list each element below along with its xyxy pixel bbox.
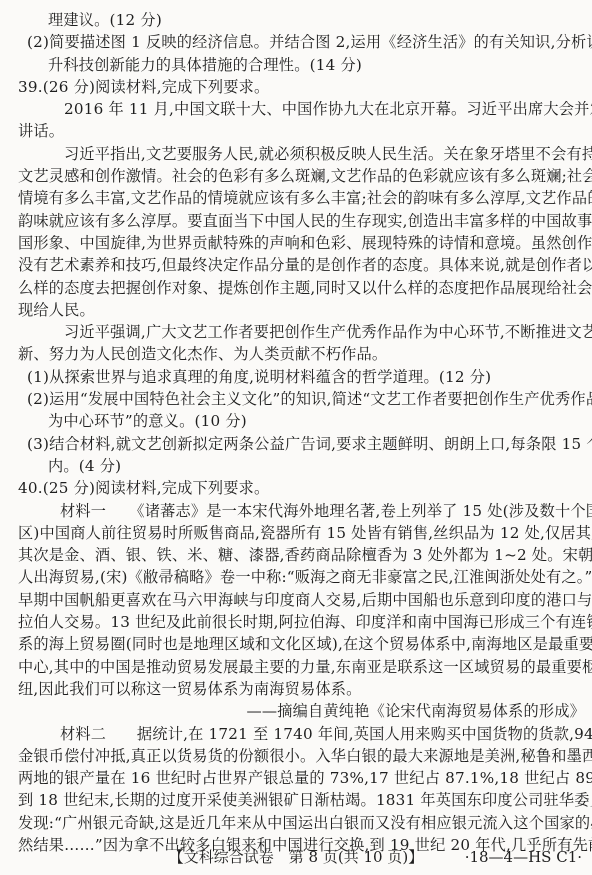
text-line: 中心,其中的中国是推动贸易发展最主要的力量,东南亚是联系这一区域贸易的最重要枢 <box>18 656 592 678</box>
text-line: (2)简要描述图 1 反映的经济信息。并结合图 2,运用《经济生活》的有关知识,… <box>27 31 592 53</box>
text-line: 39.(26 分)阅读材料,完成下列要求。 <box>18 76 592 98</box>
text-line: ——摘编自黄纯艳《论宋代南海贸易体系的形成》 <box>18 700 592 722</box>
page-footer: 【文科综合试卷 第 8 页(共 10 页)】 ·18—4—HS C1· <box>0 846 592 868</box>
text-line: 材料二 据统计,在 1721 至 1740 年间,英国人用来购买中国货物的货款,… <box>60 723 592 745</box>
text-line: 新、努力为人民创造文化杰作、为人类贡献不朽作品。 <box>18 343 592 365</box>
text-line: 纽,因此我们可以称这一贸易体系为南海贸易体系。 <box>18 678 592 700</box>
text-line: 40.(25 分)阅读材料,完成下列要求。 <box>18 477 592 499</box>
exam-text-block: 理建议。(12 分)(2)简要描述图 1 反映的经济信息。并结合图 2,运用《经… <box>0 9 592 856</box>
text-line: 习近平强调,广大文艺工作者要把创作生产优秀作品作为中心环节,不断推进文艺创 <box>64 321 592 343</box>
text-line: 讲话。 <box>18 120 592 142</box>
text-line: 文艺灵感和创作激情。社会的色彩有多么斑斓,文艺作品的色彩就应该有多么斑斓;社会的 <box>18 165 592 187</box>
text-line: 升科技创新能力的具体措施的合理性。(14 分) <box>48 54 592 76</box>
text-line: 区)中国商人前往贸易时所贩售商品,瓷器所有 15 处皆有销售,丝织品为 12 处… <box>18 522 592 544</box>
text-line: 情境有多么丰富,文艺作品的情境就应该有多么丰富;社会的韵味有多么淳厚,文艺作品的 <box>18 187 592 209</box>
text-line: 系的海上贸易圈(同时也是地理区域和文化区域),在这个贸易体系中,南海地区是最重要… <box>18 633 592 655</box>
text-line: 其次是金、酒、银、铁、米、糖、漆器,香药商品除檀香为 3 处外都为 1~2 处。… <box>18 544 592 566</box>
text-line: 金银币偿付冲抵,真正以货易货的份额很小。入华白银的最大来源地是美洲,秘鲁和墨西哥 <box>18 745 592 767</box>
text-line: (3)结合材料,就文艺创新拟定两条公益广告词,要求主题鲜明、朗朗上口,每条限 1… <box>27 433 592 455</box>
text-line: 习近平指出,文艺要服务人民,就必须积极反映人民生活。关在象牙塔里不会有持久的 <box>64 143 592 165</box>
text-line: (2)运用“发展中国特色社会主义文化”的知识,简述“文艺工作者要把创作生产优秀作… <box>27 388 592 410</box>
text-line: 两地的银产量在 16 世纪时占世界产银总量的 73%,17 世纪占 87.1%,… <box>18 767 592 789</box>
text-line: 内。(4 分) <box>48 455 592 477</box>
text-line: 么样的态度去把握创作对象、提炼创作主题,同时又以什么样的态度把作品展现给社会、呈 <box>18 277 592 299</box>
text-line: 发现:“广州银元奇缺,这是近几年来从中国运出白银而又没有相应银元流入这个国家的必 <box>18 812 592 834</box>
footer-paper-code: ·18—4—HS C1· <box>465 846 582 868</box>
text-line: 人出海贸易,(宋)《敝帚稿略》卷一中称:“贩海之商无非豪富之民,江淮闽浙处处有之… <box>18 566 592 588</box>
text-line: 到 18 世纪末,长期的过度开采使美洲银矿日渐枯竭。1831 年英国东印度公司驻… <box>18 789 592 811</box>
text-line: 理建议。(12 分) <box>48 9 592 31</box>
text-line: 韵味就应该有多么淳厚。要直面当下中国人民的生存现实,创造出丰富多样的中国故事、中 <box>18 210 592 232</box>
text-line: 2016 年 11 月,中国文联十大、中国作协九大在北京开幕。习近平出席大会并发… <box>64 98 592 120</box>
text-line: 早期中国帆船更喜欢在马六甲海峡与印度商人交易,后期中国船也乐意到印度的港口与阿 <box>18 589 592 611</box>
text-line: 材料一 《诸蕃志》是一本宋代海外地理名著,卷上列举了 15 处(涉及数十个国家和… <box>60 500 592 522</box>
text-line: 没有艺术素养和技巧,但最终决定作品分量的是创作者的态度。具体来说,就是创作者以什 <box>18 254 592 276</box>
exam-page: 理建议。(12 分)(2)简要描述图 1 反映的经济信息。并结合图 2,运用《经… <box>0 0 592 875</box>
text-line: 现给人民。 <box>18 299 592 321</box>
text-line: 拉伯人交易。13 世纪及此前很长时期,阿拉伯海、印度洋和南中国海已形成三个有连锁… <box>18 611 592 633</box>
text-line: 为中心环节”的意义。(10 分) <box>48 410 592 432</box>
text-line: 国形象、中国旋律,为世界贡献特殊的声响和色彩、展现特殊的诗情和意境。虽然创作不能 <box>18 232 592 254</box>
text-line: (1)从探索世界与追求真理的角度,说明材料蕴含的哲学道理。(12 分) <box>27 366 592 388</box>
